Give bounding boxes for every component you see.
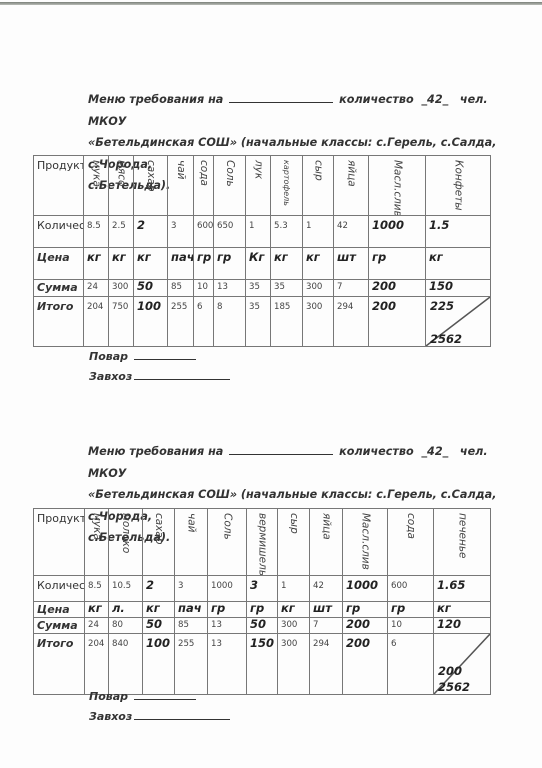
unit-cell: шт bbox=[310, 602, 343, 618]
unit-row: Цена кг кг кг пач гр гр Кг кг кг шт гр к… bbox=[34, 248, 491, 280]
unit-cell: Кг bbox=[246, 248, 271, 280]
unit-cell: пач bbox=[175, 602, 208, 618]
product-header: Соль bbox=[214, 156, 246, 216]
sum-cell: 13 bbox=[208, 618, 247, 634]
grand-total-cell: 225 2562 bbox=[426, 297, 491, 347]
unit-cell: кг bbox=[426, 248, 491, 280]
quantity-cell: 1.5 bbox=[426, 216, 491, 248]
sum-cell: 24 bbox=[85, 618, 109, 634]
quantity-cell: 1 bbox=[278, 576, 310, 602]
product-header: сода bbox=[388, 509, 434, 576]
sum-label: Сумма bbox=[34, 280, 84, 297]
people-count: _42_ bbox=[421, 445, 448, 458]
quantity-cell: 2 bbox=[143, 576, 175, 602]
total-cell: 8 bbox=[214, 297, 246, 347]
sum-cell: 7 bbox=[310, 618, 343, 634]
total-cell: 300 bbox=[278, 634, 310, 695]
quantity-label: Количество bbox=[34, 576, 85, 602]
sum-cell: 35 bbox=[246, 280, 271, 297]
product-name: сахар bbox=[153, 513, 164, 545]
sum-cell: 200 bbox=[343, 618, 388, 634]
total-cell: 750 bbox=[109, 297, 134, 347]
sum-cell: 13 bbox=[214, 280, 246, 297]
signature-line bbox=[134, 349, 196, 360]
storekeeper-signature: Завхоз bbox=[89, 369, 230, 383]
total-cell: 255 bbox=[175, 634, 208, 695]
total-cell: 204 bbox=[85, 634, 109, 695]
sheet1-requisition-table: Продукт мука мясо сахар чай сода Соль лу… bbox=[33, 155, 491, 347]
product-name: лук bbox=[253, 160, 264, 179]
sum-cell: 200 bbox=[369, 280, 426, 297]
sum-cell: 85 bbox=[175, 618, 208, 634]
price-label: Цена bbox=[34, 602, 85, 618]
product-name: Масл.слив bbox=[392, 160, 403, 216]
product-name: Соль bbox=[224, 160, 235, 187]
sum-cell: 300 bbox=[109, 280, 134, 297]
last-item-total: 225 bbox=[430, 300, 454, 312]
sum-cell: 35 bbox=[271, 280, 303, 297]
product-header: вермишель bbox=[247, 509, 278, 576]
grand-total: 2562 bbox=[430, 333, 462, 345]
quantity-cell: 5.3 bbox=[271, 216, 303, 248]
price-label: Цена bbox=[34, 248, 84, 280]
unit-cell: кг bbox=[84, 248, 109, 280]
product-header: яйца bbox=[334, 156, 369, 216]
unit-cell: гр bbox=[208, 602, 247, 618]
product-name: молоко bbox=[120, 513, 131, 553]
grand-total: 2562 bbox=[438, 681, 470, 693]
sum-cell: 80 bbox=[109, 618, 143, 634]
quantity-label: Количество bbox=[34, 216, 84, 248]
product-header: сода bbox=[194, 156, 214, 216]
unit-cell: шт bbox=[334, 248, 369, 280]
product-name: чай bbox=[175, 160, 186, 179]
quantity-row: Количество 8.5 10.5 2 3 1000 3 1 42 1000… bbox=[34, 576, 491, 602]
unit-cell: гр bbox=[343, 602, 388, 618]
product-header: молоко bbox=[109, 509, 143, 576]
sum-cell: 150 bbox=[426, 280, 491, 297]
sum-cell: 10 bbox=[194, 280, 214, 297]
quantity-cell: 1 bbox=[303, 216, 334, 248]
product-header: сахар bbox=[134, 156, 168, 216]
quantity-cell: 2 bbox=[134, 216, 168, 248]
unit-cell: гр bbox=[194, 248, 214, 280]
sum-cell: 50 bbox=[143, 618, 175, 634]
sum-cell: 300 bbox=[278, 618, 310, 634]
product-header: мука bbox=[85, 509, 109, 576]
sum-cell: 24 bbox=[84, 280, 109, 297]
total-cell: 200 bbox=[343, 634, 388, 695]
signature-line bbox=[134, 709, 230, 720]
product-name: Соль bbox=[222, 513, 233, 540]
unit-cell: кг bbox=[271, 248, 303, 280]
heading-text: количество bbox=[339, 93, 413, 106]
product-header: чай bbox=[175, 509, 208, 576]
sum-cell: 7 bbox=[334, 280, 369, 297]
storekeeper-label: Завхоз bbox=[89, 710, 132, 723]
last-item-total: 200 bbox=[438, 665, 462, 677]
product-header: яйца bbox=[310, 509, 343, 576]
grand-total-cell: 200 2562 bbox=[434, 634, 491, 695]
product-header: мука bbox=[84, 156, 109, 216]
product-name: чай bbox=[186, 513, 197, 532]
quantity-cell: 1000 bbox=[208, 576, 247, 602]
quantity-cell: 8.5 bbox=[84, 216, 109, 248]
unit-cell: кг bbox=[134, 248, 168, 280]
unit-cell: кг bbox=[109, 248, 134, 280]
sum-row: Сумма 24 80 50 85 13 50 300 7 200 10 120 bbox=[34, 618, 491, 634]
product-name: Масл.слив bbox=[360, 513, 371, 570]
total-cell: 35 bbox=[246, 297, 271, 347]
quantity-row: Количество 8.5 2.5 2 3 600 650 1 5.3 1 4… bbox=[34, 216, 491, 248]
product-name: сода bbox=[405, 513, 416, 539]
product-name: мука bbox=[91, 160, 102, 187]
total-cell: 13 bbox=[208, 634, 247, 695]
total-cell: 100 bbox=[143, 634, 175, 695]
total-cell: 294 bbox=[334, 297, 369, 347]
total-cell: 840 bbox=[109, 634, 143, 695]
product-name: сахар bbox=[145, 160, 156, 192]
quantity-cell: 1 bbox=[246, 216, 271, 248]
quantity-cell: 600 bbox=[388, 576, 434, 602]
product-name: печенье bbox=[457, 513, 468, 559]
product-name: яйца bbox=[321, 513, 332, 540]
product-header: Масл.слив bbox=[343, 509, 388, 576]
quantity-cell: 42 bbox=[334, 216, 369, 248]
date-blank bbox=[229, 444, 333, 455]
total-cell: 6 bbox=[388, 634, 434, 695]
product-name: мясо bbox=[116, 160, 127, 186]
signature-line bbox=[134, 689, 196, 700]
date-blank bbox=[229, 92, 333, 103]
sum-cell: 50 bbox=[247, 618, 278, 634]
quantity-cell: 1000 bbox=[343, 576, 388, 602]
sum-cell: 10 bbox=[388, 618, 434, 634]
total-row: Итого 204 840 100 255 13 150 300 294 200… bbox=[34, 634, 491, 695]
sum-label: Сумма bbox=[34, 618, 85, 634]
product-name: сыр bbox=[288, 513, 299, 534]
product-label: Продукт bbox=[34, 156, 84, 216]
total-cell: 100 bbox=[134, 297, 168, 347]
unit-cell: кг bbox=[278, 602, 310, 618]
signature-line bbox=[134, 369, 230, 380]
quantity-cell: 8.5 bbox=[85, 576, 109, 602]
people-count: _42_ bbox=[421, 93, 448, 106]
unit-cell: кг bbox=[143, 602, 175, 618]
product-header: сыр bbox=[303, 156, 334, 216]
header-row: Продукт мука мясо сахар чай сода Соль лу… bbox=[34, 156, 491, 216]
unit-cell: гр bbox=[388, 602, 434, 618]
quantity-cell: 3 bbox=[247, 576, 278, 602]
product-name: яйца bbox=[346, 160, 357, 187]
product-header: Конфеты bbox=[426, 156, 491, 216]
sum-cell: 120 bbox=[434, 618, 491, 634]
total-label: Итого bbox=[34, 297, 84, 347]
quantity-cell: 3 bbox=[175, 576, 208, 602]
unit-cell: гр bbox=[214, 248, 246, 280]
product-header: лук bbox=[246, 156, 271, 216]
total-row: Итого 204 750 100 255 6 8 35 185 300 294… bbox=[34, 297, 491, 347]
product-header: картофель bbox=[271, 156, 303, 216]
storekeeper-signature: Завхоз bbox=[89, 709, 230, 723]
sum-cell: 85 bbox=[168, 280, 194, 297]
sum-row: Сумма 24 300 50 85 10 13 35 35 300 7 200… bbox=[34, 280, 491, 297]
cook-label: Повар bbox=[89, 690, 128, 703]
product-name: мука bbox=[91, 513, 102, 540]
total-cell: 204 bbox=[84, 297, 109, 347]
product-name: Конфеты bbox=[453, 160, 464, 211]
product-name: сыр bbox=[313, 160, 324, 181]
total-cell: 255 bbox=[168, 297, 194, 347]
product-name: вермишель bbox=[257, 513, 268, 576]
product-name: сода bbox=[198, 160, 209, 186]
product-header: Масл.слив bbox=[369, 156, 426, 216]
product-header: сахар bbox=[143, 509, 175, 576]
cook-label: Повар bbox=[89, 350, 128, 363]
unit-row: Цена кг л. кг пач гр гр кг шт гр гр кг bbox=[34, 602, 491, 618]
sheet2-requisition-table: Продукт мука молоко сахар чай Соль верми… bbox=[33, 508, 491, 695]
header-row: Продукт мука молоко сахар чай Соль верми… bbox=[34, 509, 491, 576]
total-cell: 185 bbox=[271, 297, 303, 347]
heading-text: количество bbox=[339, 445, 413, 458]
product-name: картофель bbox=[281, 160, 292, 206]
unit-cell: кг bbox=[434, 602, 491, 618]
sum-cell: 50 bbox=[134, 280, 168, 297]
product-header: сыр bbox=[278, 509, 310, 576]
storekeeper-label: Завхоз bbox=[89, 370, 132, 383]
heading-text: Меню требования на bbox=[88, 93, 223, 106]
cook-signature: Повар bbox=[89, 689, 196, 703]
unit-cell: гр bbox=[369, 248, 426, 280]
quantity-cell: 650 bbox=[214, 216, 246, 248]
sheet2-heading-line1: Меню требования на количество _42_ чел. … bbox=[88, 441, 518, 484]
total-cell: 200 bbox=[369, 297, 426, 347]
quantity-cell: 2.5 bbox=[109, 216, 134, 248]
total-cell: 300 bbox=[303, 297, 334, 347]
cook-signature: Повар bbox=[89, 349, 196, 363]
heading-text: Меню требования на bbox=[88, 445, 223, 458]
product-header: печенье bbox=[434, 509, 491, 576]
unit-cell: пач bbox=[168, 248, 194, 280]
quantity-cell: 3 bbox=[168, 216, 194, 248]
sheet1-heading-line1: Меню требования на количество _42_ чел. … bbox=[88, 89, 518, 132]
quantity-cell: 600 bbox=[194, 216, 214, 248]
quantity-cell: 42 bbox=[310, 576, 343, 602]
product-label: Продукт bbox=[34, 509, 85, 576]
scan-top-edge bbox=[0, 2, 542, 5]
quantity-cell: 1.65 bbox=[434, 576, 491, 602]
sum-cell: 300 bbox=[303, 280, 334, 297]
total-cell: 6 bbox=[194, 297, 214, 347]
unit-cell: л. bbox=[109, 602, 143, 618]
quantity-cell: 1000 bbox=[369, 216, 426, 248]
unit-cell: гр bbox=[247, 602, 278, 618]
product-header: мясо bbox=[109, 156, 134, 216]
total-cell: 294 bbox=[310, 634, 343, 695]
total-cell: 150 bbox=[247, 634, 278, 695]
quantity-cell: 10.5 bbox=[109, 576, 143, 602]
product-header: чай bbox=[168, 156, 194, 216]
unit-cell: кг bbox=[303, 248, 334, 280]
unit-cell: кг bbox=[85, 602, 109, 618]
total-label: Итого bbox=[34, 634, 85, 695]
product-header: Соль bbox=[208, 509, 247, 576]
